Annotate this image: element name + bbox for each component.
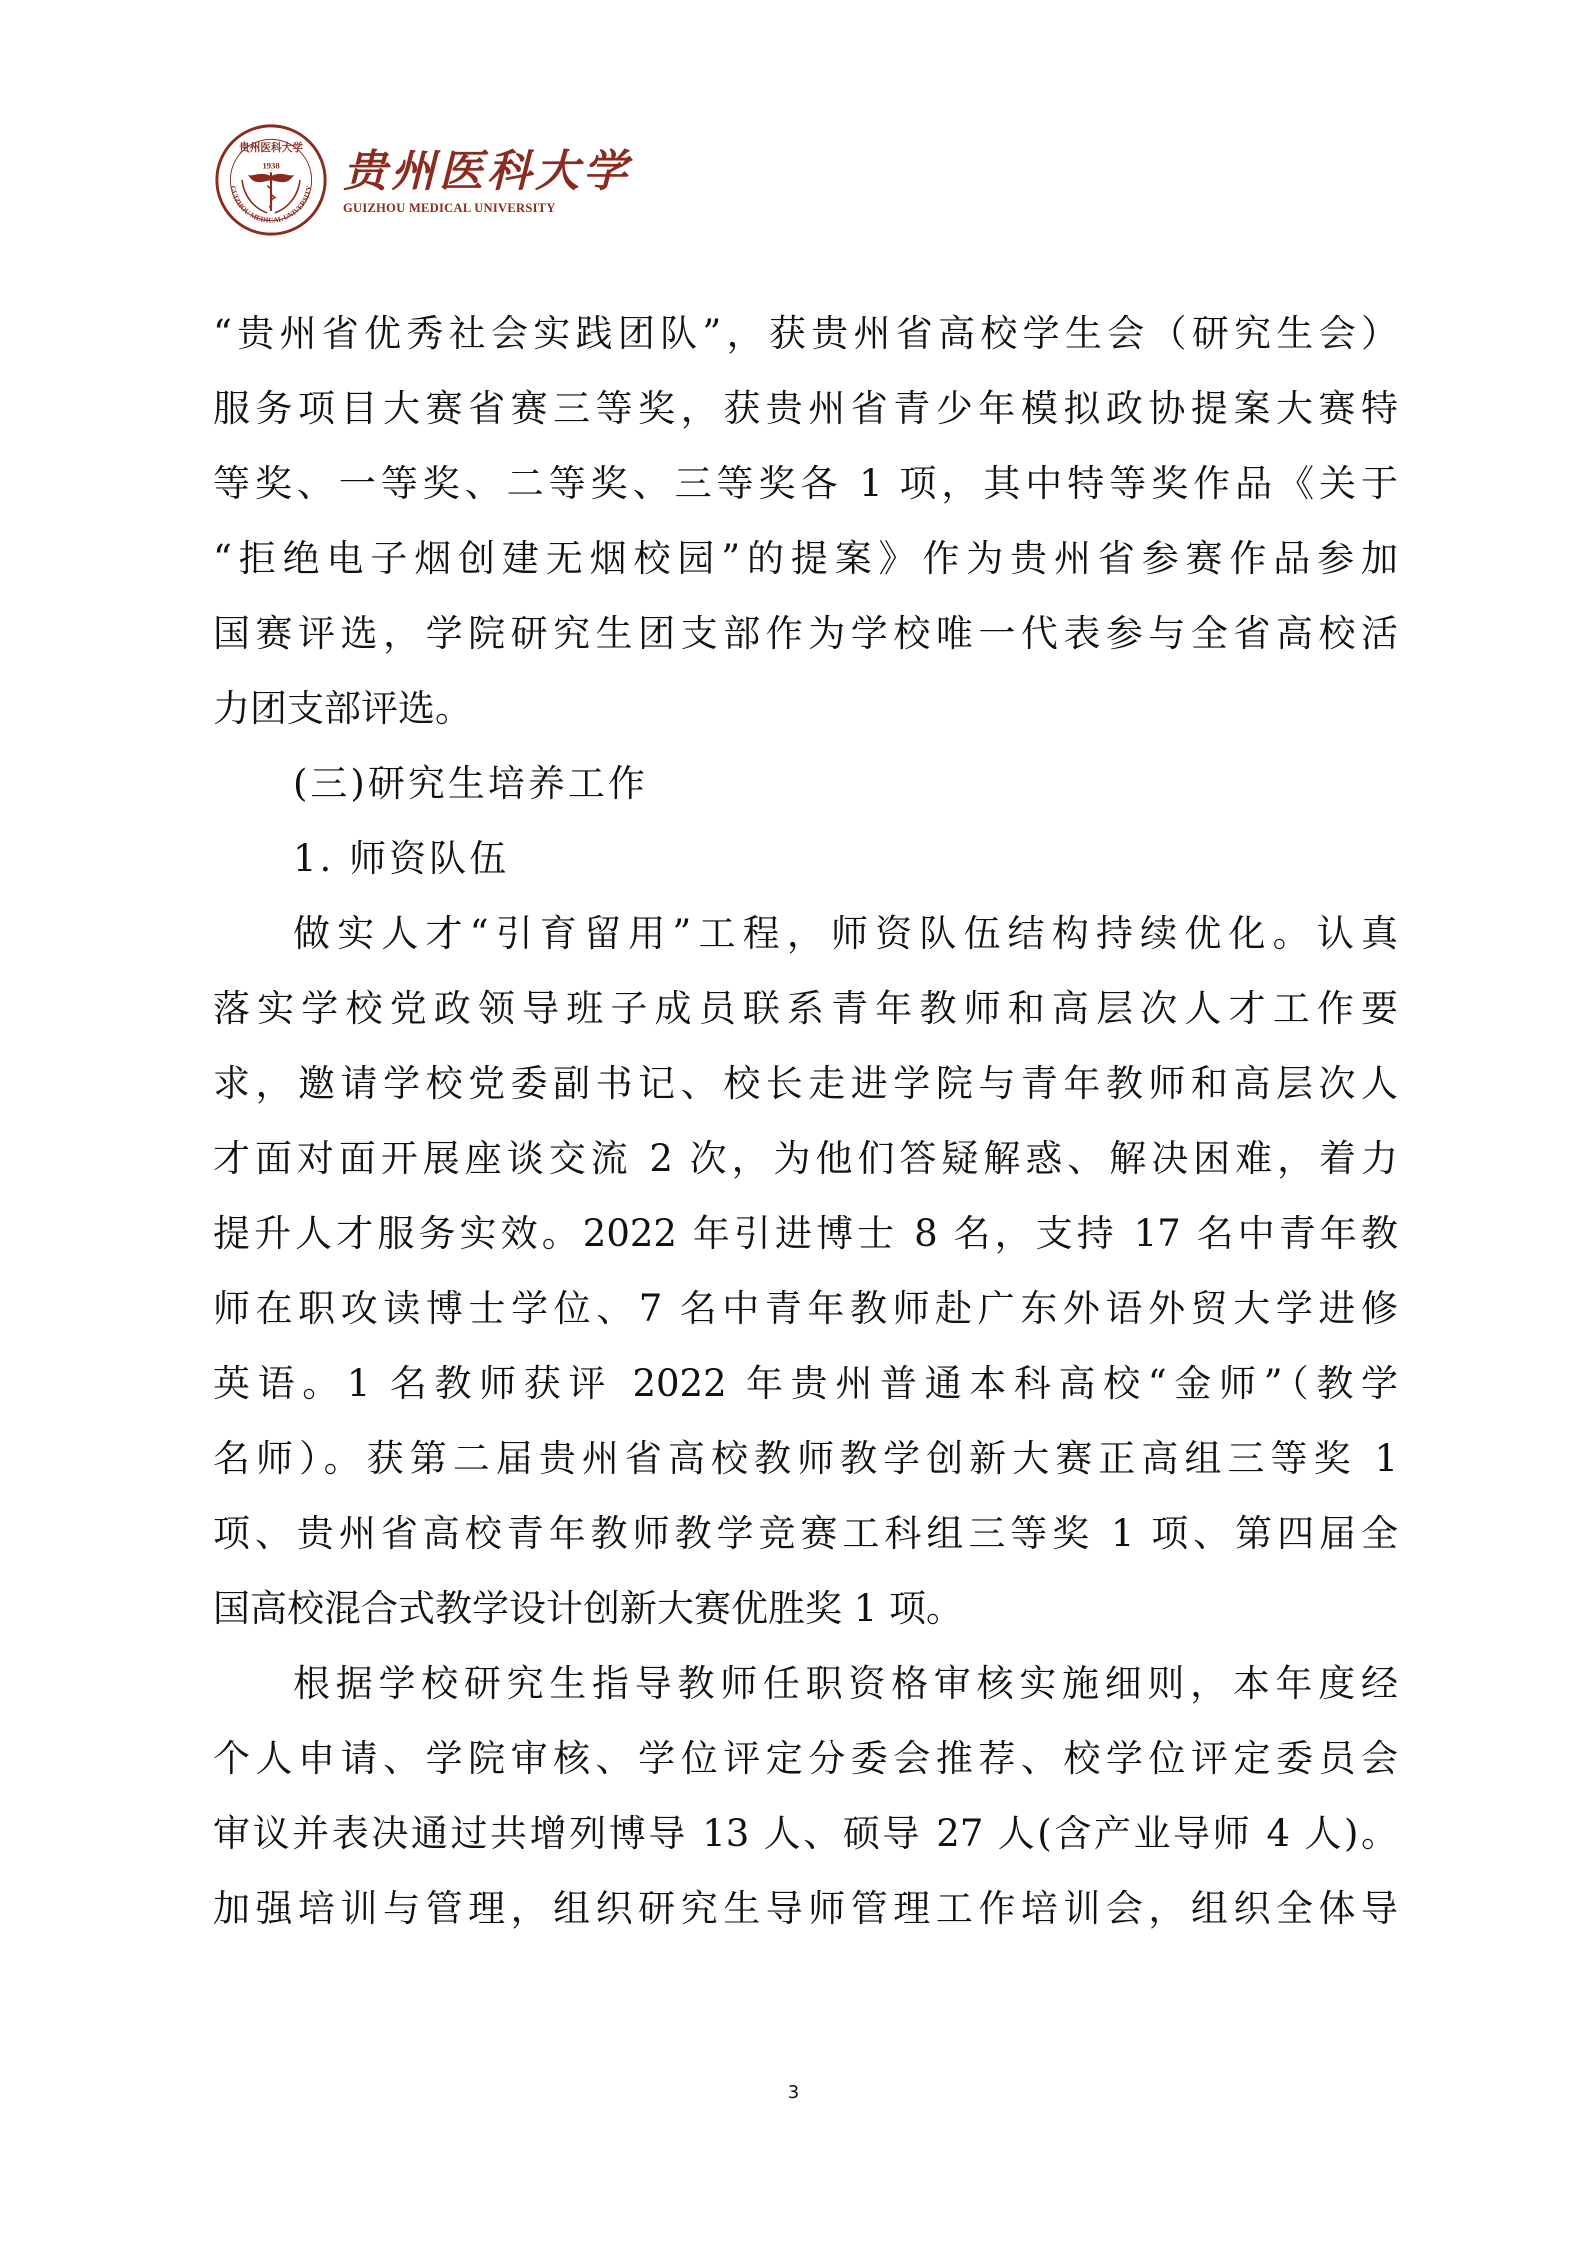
university-wordmark: 贵州医科大学 GUIZHOU MEDICAL UNIVERSITY bbox=[343, 145, 631, 216]
university-name-english: GUIZHOU MEDICAL UNIVERSITY bbox=[343, 201, 556, 216]
text-line: “贵州省优秀社会实践团队”，获贵州省高校学生会（研究生会） bbox=[213, 296, 1398, 371]
university-seal-logo: 1938 GUIZHOU MEDICAL UNIVERSITY 贵州医科大学 bbox=[213, 122, 329, 238]
text-line: 加强培训与管理，组织研究生导师管理工作培训会，组织全体导 bbox=[213, 1871, 1398, 1946]
text-line: 等奖、一等奖、二等奖、三等奖各 1 项，其中特等奖作品《关于 bbox=[213, 446, 1398, 521]
text-line: 国高校混合式教学设计创新大赛优胜奖 1 项。 bbox=[213, 1571, 1398, 1646]
text-line: 项、贵州省高校青年教师教学竞赛工科组三等奖 1 项、第四届全 bbox=[213, 1496, 1398, 1571]
university-name-chinese: 贵州医科大学 bbox=[343, 145, 631, 199]
paragraph-faculty: 做实人才“引育留用”工程，师资队伍结构持续优化。认真 落实学校党政领导班子成员联… bbox=[213, 896, 1398, 1646]
text-line: 个人申请、学院审核、学位评定分委会推荐、校学位评定委员会 bbox=[213, 1721, 1398, 1796]
text-line: 做实人才“引育留用”工程，师资队伍结构持续优化。认真 bbox=[213, 896, 1398, 971]
document-body: “贵州省优秀社会实践团队”，获贵州省高校学生会（研究生会） 服务项目大赛省赛三等… bbox=[213, 296, 1398, 1946]
paragraph-supervisors: 根据学校研究生指导教师任职资格审核实施细则，本年度经 个人申请、学院审核、学位评… bbox=[213, 1646, 1398, 1946]
text-line: 力团支部评选。 bbox=[213, 671, 1398, 746]
text-line: 名师）。获第二届贵州省高校教师教学创新大赛正高组三等奖 1 bbox=[213, 1421, 1398, 1496]
text-line: 提升人才服务实效。2022 年引进博士 8 名，支持 17 名中青年教 bbox=[213, 1196, 1398, 1271]
text-line: 才面对面开展座谈交流 2 次，为他们答疑解惑、解决困难，着力 bbox=[213, 1121, 1398, 1196]
text-line: 求，邀请学校党委副书记、校长走进学院与青年教师和高层次人 bbox=[213, 1046, 1398, 1121]
text-line: “拒绝电子烟创建无烟校园”的提案》作为贵州省参赛作品参加 bbox=[213, 521, 1398, 596]
text-line: 国赛评选，学院研究生团支部作为学校唯一代表参与全省高校活 bbox=[213, 596, 1398, 671]
section-heading: (三)研究生培养工作 bbox=[213, 746, 1398, 821]
text-line: 师在职攻读博士学位、7 名中青年教师赴广东外语外贸大学进修 bbox=[213, 1271, 1398, 1346]
text-line: 落实学校党政领导班子成员联系青年教师和高层次人才工作要 bbox=[213, 971, 1398, 1046]
subsection-heading: 1. 师资队伍 bbox=[213, 821, 1398, 896]
svg-text:1938: 1938 bbox=[262, 160, 280, 170]
text-line: 审议并表决通过共增列博导 13 人、硕导 27 人(含产业导师 4 人)。 bbox=[213, 1796, 1398, 1871]
svg-text:贵州医科大学: 贵州医科大学 bbox=[239, 141, 303, 154]
university-header: 1938 GUIZHOU MEDICAL UNIVERSITY 贵州医科大学 贵… bbox=[213, 120, 631, 240]
page-number: 3 bbox=[0, 2082, 1587, 2103]
text-line: 服务项目大赛省赛三等奖，获贵州省青少年模拟政协提案大赛特 bbox=[213, 371, 1398, 446]
text-line: 根据学校研究生指导教师任职资格审核实施细则，本年度经 bbox=[213, 1646, 1398, 1721]
text-line: 英语。1 名教师获评 2022 年贵州普通本科高校“金师”（教学 bbox=[213, 1346, 1398, 1421]
paragraph-student-awards: “贵州省优秀社会实践团队”，获贵州省高校学生会（研究生会） 服务项目大赛省赛三等… bbox=[213, 296, 1398, 746]
